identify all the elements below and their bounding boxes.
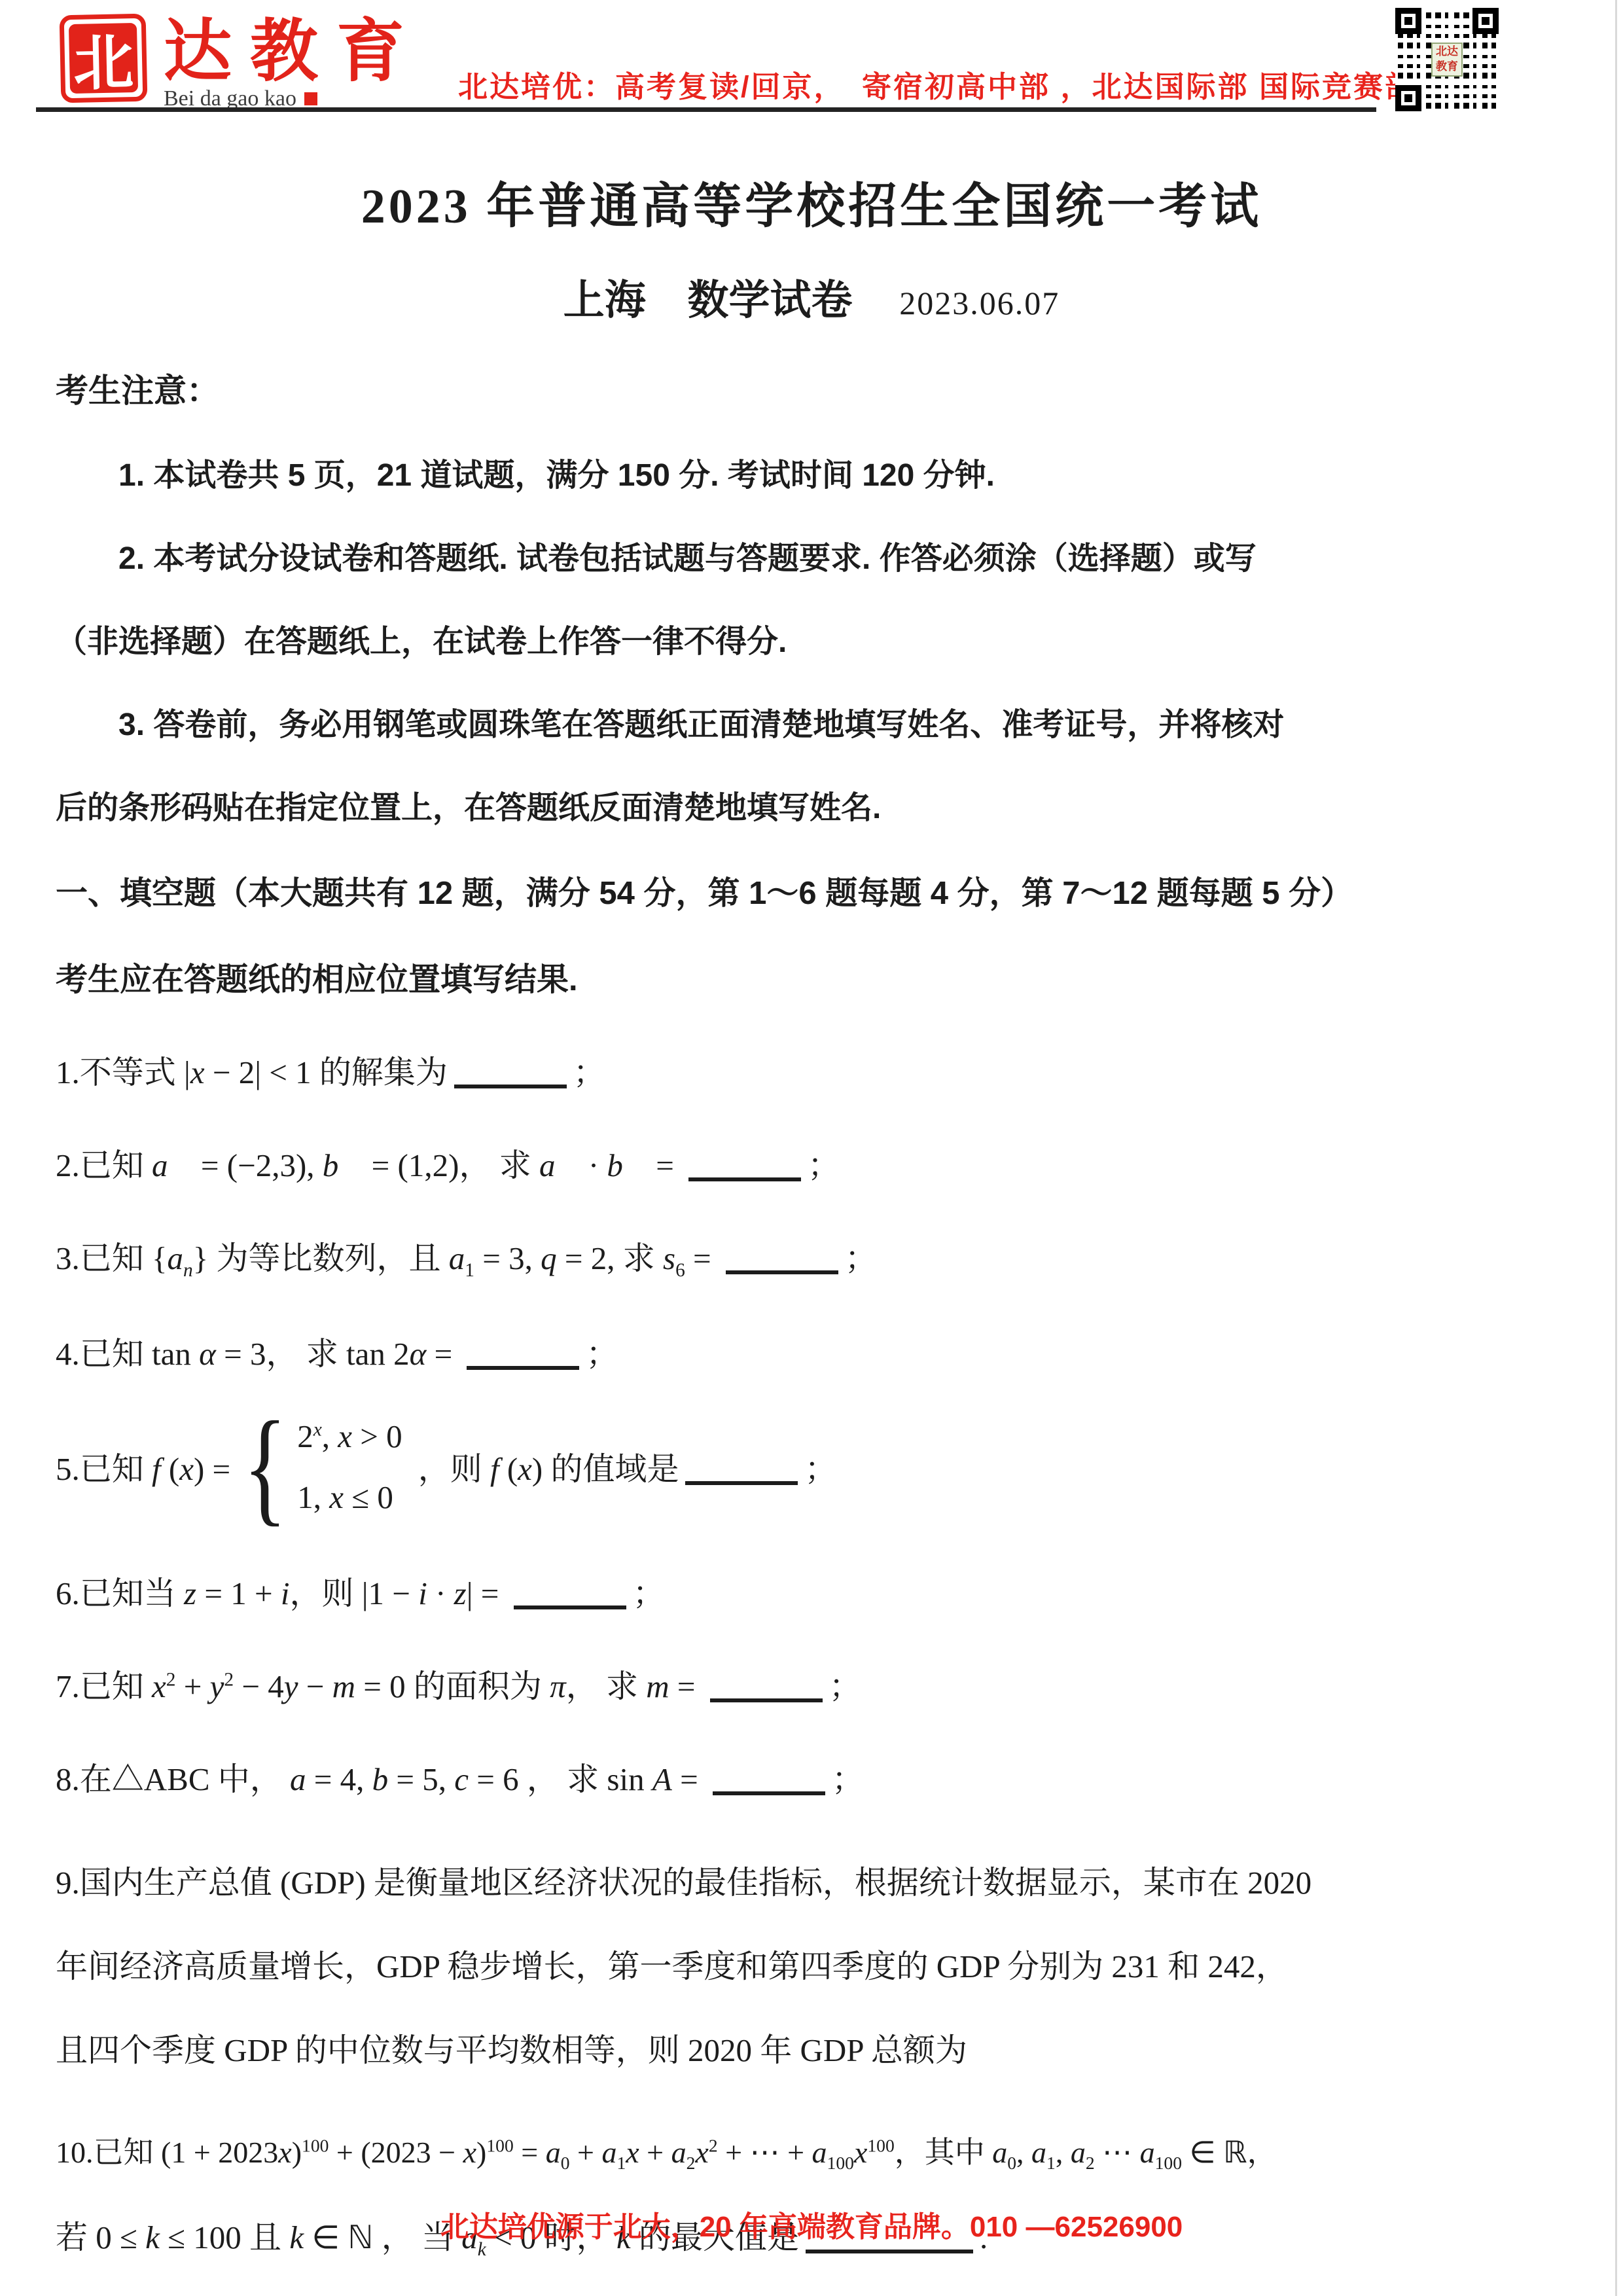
header-slogan: 北达培优：高考复读/回京， 寄宿初高中部 ，北达国际部 国际竞赛部 xyxy=(458,63,1416,105)
question-6: 6.已知当 z = 1 + i，则 |1 − i · z| = ； xyxy=(56,1568,1567,1614)
question-8: 8.在△ABC 中， a = 4, b = 5, c = 6 ， 求 sin A… xyxy=(56,1754,1567,1800)
question-5-tail: ，则 f (x) 的值域是； xyxy=(418,1444,837,1490)
brand-text-block: 达教育 Bei da gao kao xyxy=(164,14,423,111)
page-header: 北 达教育 Bei da gao kao 北达培优：高考复读/回京， 寄宿初高中… xyxy=(0,0,1623,115)
brand-logo: 北 达教育 Bei da gao kao xyxy=(60,14,423,111)
scan-edge-shadow xyxy=(1615,0,1617,2296)
question-9-line-2: 年间经济高质量增长，GDP 稳步增长，第一季度和第四季度的 GDP 分别为 23… xyxy=(56,1941,1567,1987)
piecewise-case-1: 2x, x > 0 xyxy=(297,1418,402,1455)
question-1: 1.不等式 |x − 2| < 1 的解集为； xyxy=(56,1047,1567,1093)
exam-subtitle: 上海 数学试卷 2023.06.07 xyxy=(56,267,1567,327)
exam-date: 2023.06.07 xyxy=(899,285,1060,321)
question-9: 9.国内生产总值 (GDP) 是衡量地区经济状况的最佳指标，根据统计数据显示，某… xyxy=(56,1857,1567,2071)
brand-name: 达教育 xyxy=(164,21,423,84)
qr-finder-icon xyxy=(1395,85,1421,111)
notice-line-2-cont: （非选择题）在答题纸上，在试卷上作答一律不得分. xyxy=(56,616,1567,661)
red-square-icon xyxy=(304,92,317,105)
seal-logo-icon: 北 xyxy=(60,14,148,103)
qr-finder-icon xyxy=(1395,8,1421,34)
notice-line-3-cont: 后的条形码贴在指定位置上，在答题纸反面清楚地填写姓名. xyxy=(56,782,1567,827)
question-5: 5.已知 f (x) = { 2x, x > 0 1, x ≤ 0 ，则 f (… xyxy=(56,1412,1567,1522)
question-9-line-3: 且四个季度 GDP 的中位数与平均数相等，则 2020 年 GDP 总额为 xyxy=(56,2025,1567,2071)
document-body: 2023 年普通高等学校招生全国统一考试 上海 数学试卷 2023.06.07 … xyxy=(0,168,1623,2260)
seal-character: 北 xyxy=(69,23,138,94)
footer-note: 北达培优源于北大，20 年高端教育品牌。010 —62526900 xyxy=(0,2203,1623,2245)
exam-paper-name: 数学试卷 xyxy=(688,278,853,323)
question-7: 7.已知 x2 + y2 − 4y − m = 0 的面积为 π， 求 m = … xyxy=(56,1661,1567,1707)
piecewise-cases: 2x, x > 0 1, x ≤ 0 xyxy=(297,1418,402,1516)
qr-finder-icon xyxy=(1472,8,1499,34)
notice-line-1: 1. 本试卷共 5 页，21 道试题，满分 150 分. 考试时间 120 分钟… xyxy=(56,450,1567,495)
exam-region: 上海 xyxy=(563,278,646,323)
exam-paper-page: { "colors": { "brand_red": "#e2231a", "f… xyxy=(0,0,1623,2296)
notice-heading: 考生注意： xyxy=(56,365,1567,412)
notice-line-2: 2. 本考试分设试卷和答题纸. 试卷包括试题与答题要求. 作答必须涂（选择题）或… xyxy=(56,533,1567,578)
question-9-line-1: 9.国内生产总值 (GDP) 是衡量地区经济状况的最佳指标，根据统计数据显示，某… xyxy=(56,1857,1567,1903)
question-2: 2.已知 a⃗ = (−2,3), b⃗ = (1,2)， 求 a⃗ · b⃗ … xyxy=(56,1140,1567,1186)
question-3: 3.已知 {an} 为等比数列，且 a1 = 3, q = 2, 求 s6 = … xyxy=(56,1233,1567,1282)
qr-center-label: 北达教育 xyxy=(1431,43,1463,77)
section-heading: 一、填空题（本大题共有 12 题，满分 54 分，第 1～6 题每题 4 分，第… xyxy=(56,868,1567,914)
notice-line-3: 3. 答卷前，务必用钢笔或圆珠笔在答题纸正面清楚地填写姓名、准考证号，并将核对 xyxy=(56,699,1567,744)
question-10-line-1: 10.已知 (1 + 2023x)100 + (2023 − x)100 = a… xyxy=(56,2128,1567,2174)
qr-code: 北达教育 xyxy=(1395,8,1499,111)
piecewise-brace-icon: { xyxy=(243,1412,287,1522)
piecewise-case-2: 1, x ≤ 0 xyxy=(297,1479,402,1516)
header-divider xyxy=(36,107,1376,112)
section-note: 考生应在答题纸的相应位置填写结果. xyxy=(56,954,1567,1000)
exam-title: 2023 年普通高等学校招生全国统一考试 xyxy=(56,168,1567,237)
question-4: 4.已知 tan α = 3， 求 tan 2α = ； xyxy=(56,1329,1567,1374)
question-5-head: 5.已知 f (x) = xyxy=(56,1444,230,1490)
